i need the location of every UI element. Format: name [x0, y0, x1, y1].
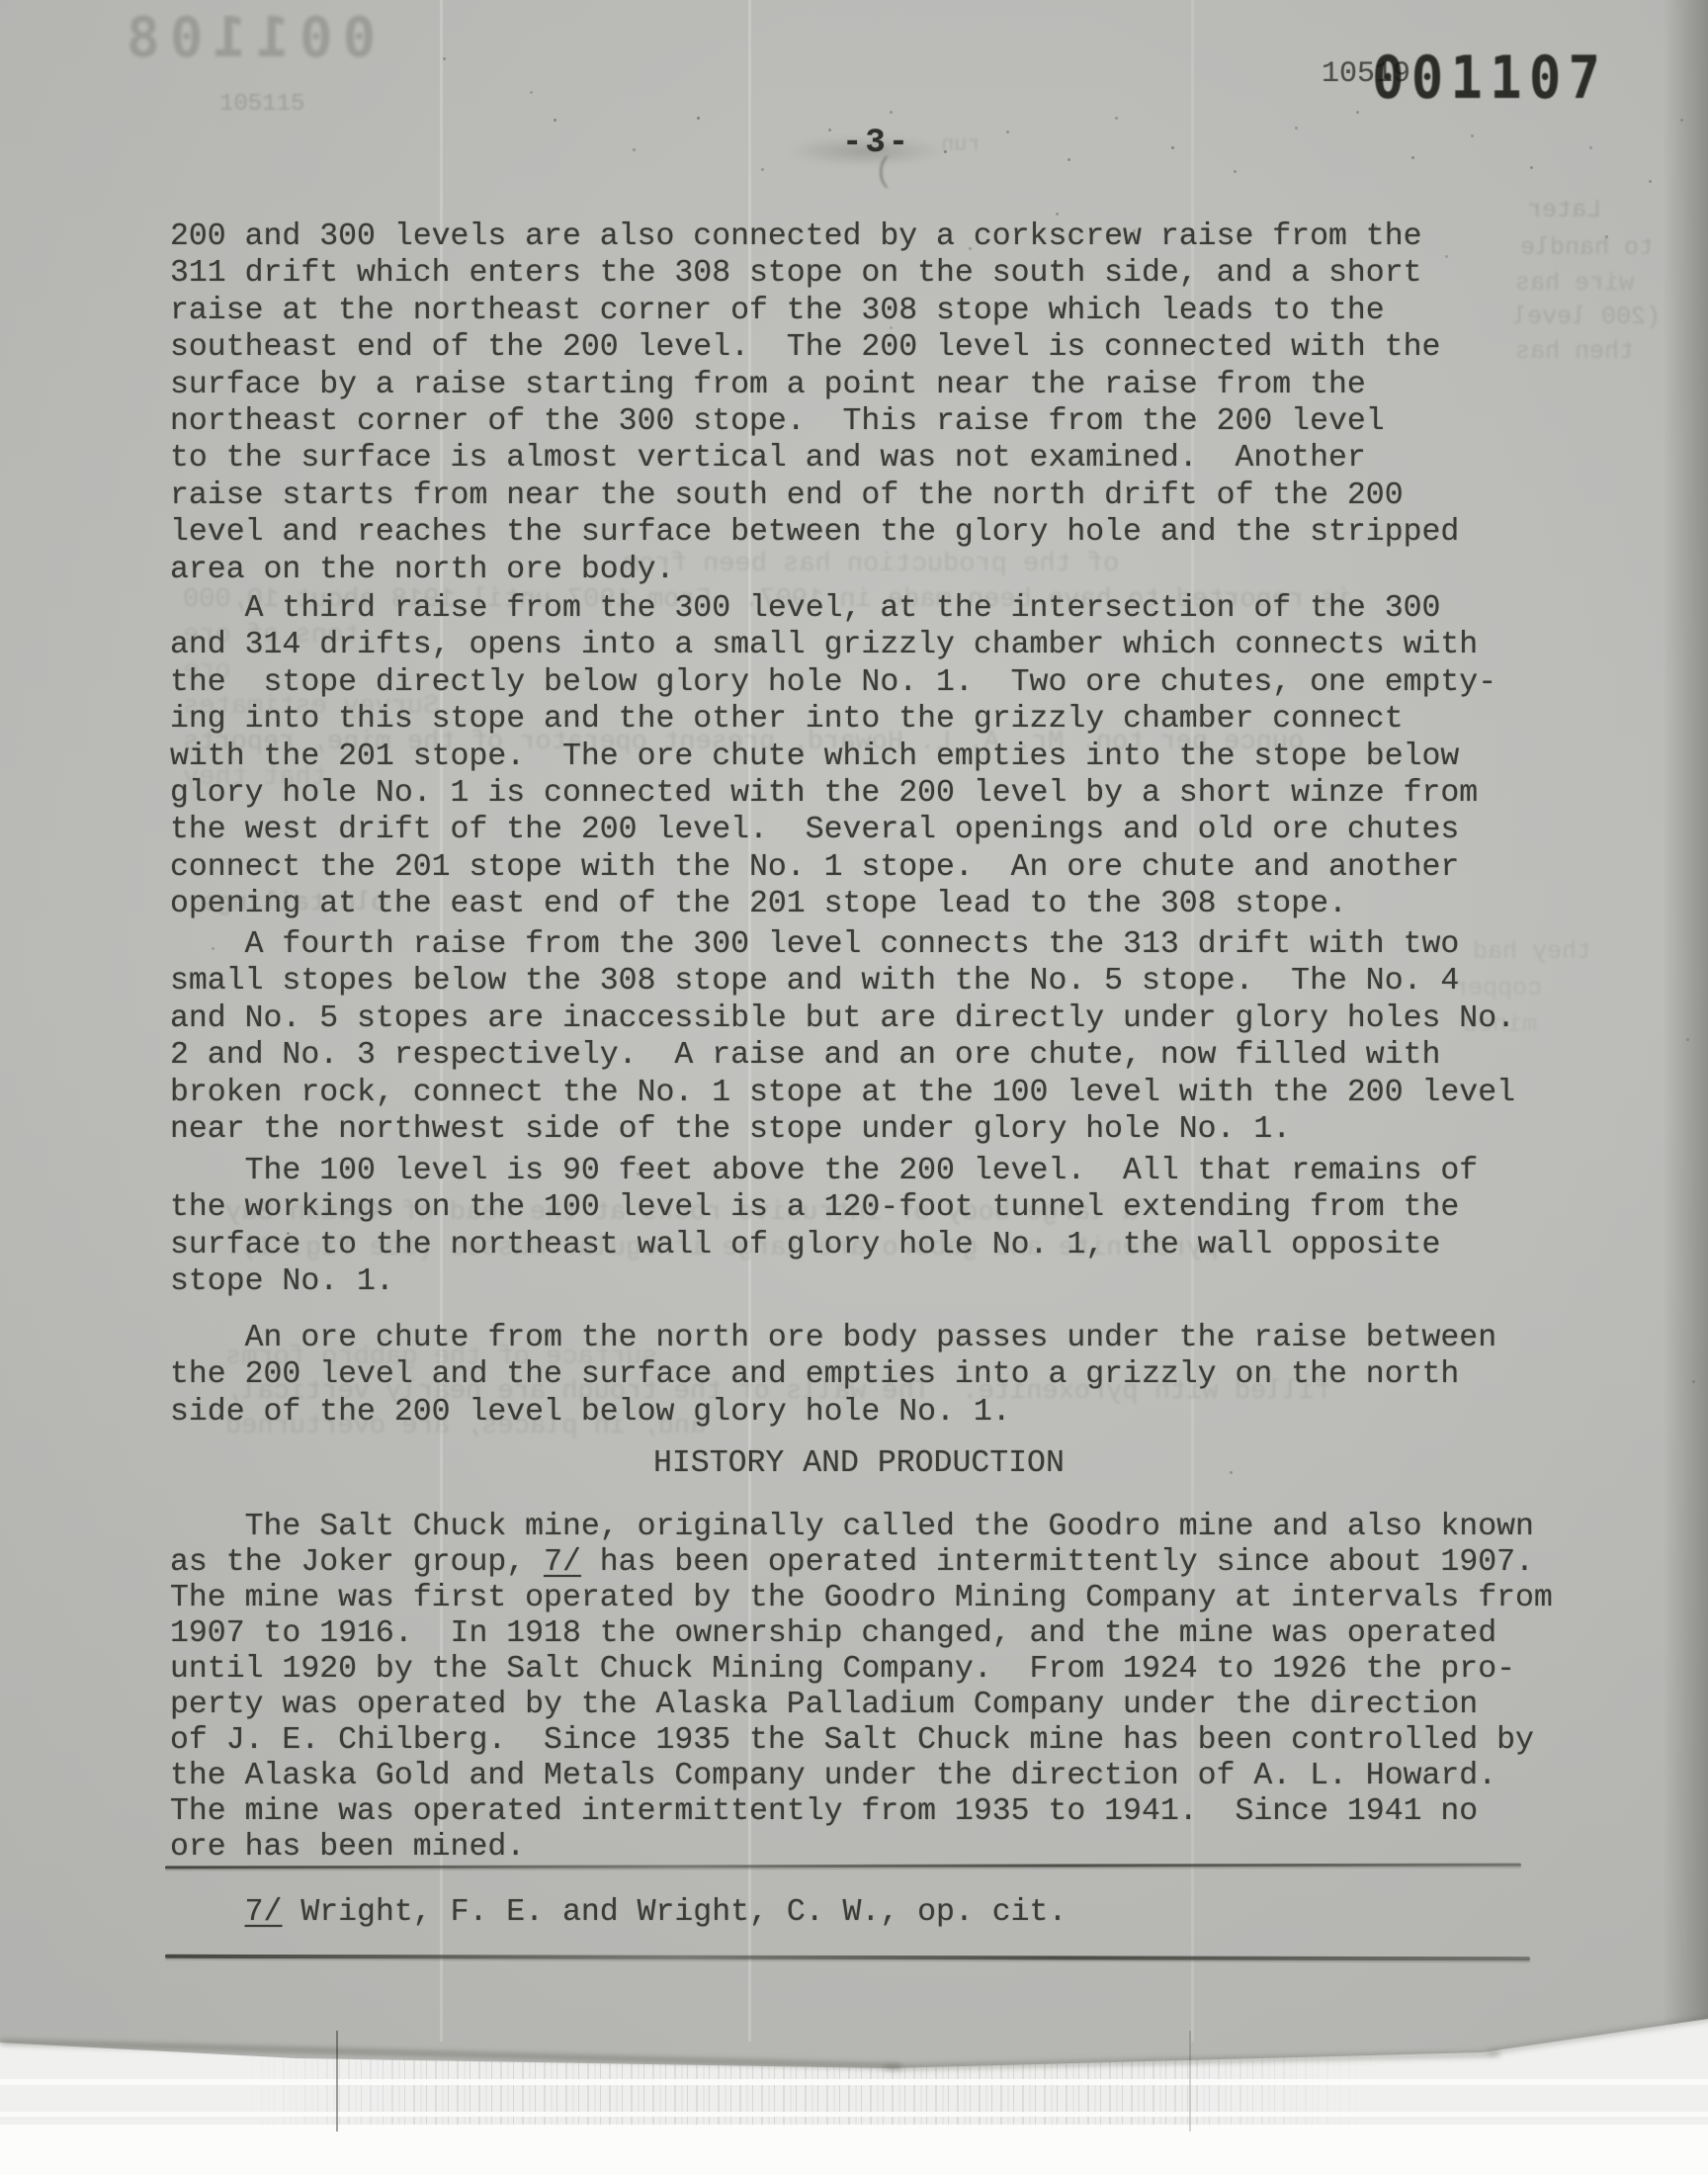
text-line: connect the 201 stope with the No. 1 sto… [170, 849, 1496, 886]
section-heading: HISTORY AND PRODUCTION [653, 1446, 1065, 1481]
text-line: surface to the northeast wall of glory h… [170, 1227, 1478, 1263]
text-line: the stope directly below glory hole No. … [170, 664, 1496, 701]
footnote: 7/ Wright, F. E. and Wright, C. W., op. … [170, 1895, 1067, 1930]
paragraph: A fourth raise from the 300 level connec… [170, 926, 1515, 1148]
text-line: area on the north ore body. [170, 552, 1459, 588]
bleedthrough-text: wire has [1515, 269, 1634, 298]
text-line: the west drift of the 200 level. Several… [170, 812, 1496, 848]
scanner-white-band [0, 2079, 1708, 2085]
text-line: 2 and No. 3 respectively. A raise and an… [170, 1037, 1515, 1074]
text-line: ing into this stope and the other into t… [170, 701, 1496, 738]
text-line: glory hole No. 1 is connected with the 2… [170, 775, 1496, 812]
text-line: opening at the east end of the 201 stope… [170, 886, 1496, 922]
text-line: with the 201 stope. The ore chute which … [170, 739, 1496, 775]
text-line: An ore chute from the north ore body pas… [170, 1320, 1496, 1356]
text-line: and No. 5 stopes are inaccessible but ar… [170, 1000, 1515, 1037]
text-line: The Salt Chuck mine, originally called t… [170, 1510, 1553, 1545]
bleedthrough-text: then has [1515, 337, 1634, 366]
text-line: small stopes below the 308 stope and wit… [170, 963, 1515, 1000]
paragraph: The Salt Chuck mine, originally called t… [170, 1510, 1553, 1866]
bleedthrough-text: 001108 [117, 6, 376, 70]
text-line: surface by a raise starting from a point… [170, 367, 1459, 403]
text-line: raise at the northeast corner of the 308… [170, 293, 1459, 329]
text-line: and 314 drifts, opens into a small grizz… [170, 627, 1496, 663]
text-line: 311 drift which enters the 308 stope on … [170, 255, 1459, 292]
text-line: A third raise from the 300 level, at the… [170, 590, 1496, 627]
paragraph: The 100 level is 90 feet above the 200 l… [170, 1153, 1478, 1301]
footnote-reference: 7/ [544, 1545, 581, 1580]
text-line: as the Joker group, 7/ has been operated… [170, 1545, 1553, 1581]
ink-specks [0, 0, 3, 3]
paragraph: 200 and 300 levels are also connected by… [170, 218, 1459, 588]
text-line: side of the 200 level below glory hole N… [170, 1394, 1496, 1431]
text-line: until 1920 by the Salt Chuck Mining Comp… [170, 1652, 1553, 1688]
bleedthrough-text: run [941, 132, 981, 157]
footnote-text: Wright, F. E. and Wright, C. W., op. cit… [282, 1895, 1067, 1930]
footnote-separator-line [165, 1955, 1530, 1960]
text-line: broken rock, connect the No. 1 stope at … [170, 1075, 1515, 1111]
page-number: -3- [842, 125, 911, 162]
bleedthrough-text: (200 level [1512, 303, 1661, 331]
text-line: the workings on the 100 level is a 120-f… [170, 1189, 1478, 1226]
text-line: 200 and 300 levels are also connected by… [170, 218, 1459, 255]
text-line: the Alaska Gold and Metals Company under… [170, 1759, 1553, 1794]
text-line: The mine was operated intermittently fro… [170, 1794, 1553, 1830]
text-line: the 200 level and the surface and emptie… [170, 1356, 1496, 1393]
footnote-indent [170, 1895, 245, 1930]
text-line: stope No. 1. [170, 1263, 1478, 1300]
paragraph: An ore chute from the north ore body pas… [170, 1320, 1496, 1431]
stamped-serial-number: 001107 [1372, 43, 1607, 113]
text-line: to the surface is almost vertical and wa… [170, 440, 1459, 477]
text-line: of J. E. Chilberg. Since 1935 the Salt C… [170, 1723, 1553, 1759]
text-segment: has been operated intermittently since a… [581, 1545, 1534, 1580]
scanned-document-screenshot: { "scan_artifacts": { "typed_serial": "1… [0, 0, 1708, 2175]
scanner-vertical-line [336, 2031, 338, 2131]
text-line: southeast end of the 200 level. The 200 … [170, 329, 1459, 366]
text-line: level and reaches the surface between th… [170, 514, 1459, 551]
scanner-vertical-line [1189, 2031, 1191, 2131]
text-line: near the northwest side of the stope und… [170, 1111, 1515, 1148]
text-segment: as the Joker group, [170, 1545, 544, 1580]
text-line: The mine was first operated by the Goodr… [170, 1581, 1553, 1616]
text-line: A fourth raise from the 300 level connec… [170, 926, 1515, 963]
bleedthrough-text: to handle [1520, 233, 1654, 262]
text-line: 1907 to 1916. In 1918 the ownership chan… [170, 1616, 1553, 1652]
scanner-white-band [0, 2112, 1708, 2117]
text-line: raise starts from near the south end of … [170, 478, 1459, 514]
scanner-white-band [0, 2125, 1708, 2175]
paper-edge-shadow [1663, 0, 1708, 2046]
footnote-reference: 7/ [245, 1895, 283, 1930]
bleedthrough-text: Later [1527, 196, 1601, 224]
bleedthrough-text: 105115 [219, 91, 304, 118]
text-line: ore has been mined. [170, 1830, 1553, 1866]
scanned-page: 001108105115(runLaterto handlewire has(2… [0, 0, 1708, 2175]
text-line: perty was operated by the Alaska Palladi… [170, 1688, 1553, 1723]
text-line: northeast corner of the 300 stope. This … [170, 403, 1459, 440]
paragraph: A third raise from the 300 level, at the… [170, 590, 1496, 923]
text-line: The 100 level is 90 feet above the 200 l… [170, 1153, 1478, 1189]
